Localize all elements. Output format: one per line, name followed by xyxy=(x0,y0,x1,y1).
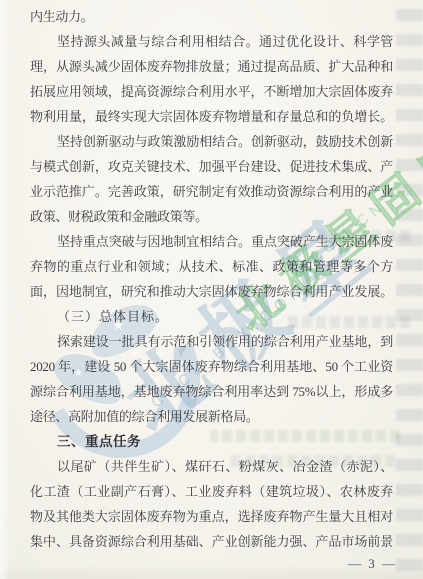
text-line: 坚持创新驱动与政策激励相结合。创新驱动，鼓励技术创新 xyxy=(30,129,393,154)
text-line: 理，从源头减少固体废弃物排放量；通过提高品质、扩大品种和 xyxy=(30,54,393,79)
bleedthrough-right-column xyxy=(396,0,423,579)
section-heading: 三、重点任务 xyxy=(30,429,393,454)
text-line: 内生动力。 xyxy=(30,4,393,29)
text-line: 途径、高附加值的综合利用发展新格局。 xyxy=(30,404,393,429)
document-body: 内生动力。坚持源头减量与综合利用相结合。通过优化设计、科学管理，从源头减少固体废… xyxy=(30,4,393,554)
text-line: 化工渣（工业副产石膏）、工业废弃料（建筑垃圾）、农林废弃 xyxy=(30,479,393,504)
text-line: 弃物的重点行业和领域；从技术、标准、政策和管理等多个方 xyxy=(30,254,393,279)
text-line: 源综合利用基地，基地废弃物综合利用率达到 75%以上，形成多 xyxy=(30,379,393,404)
text-line: 物利用量，最终实现大宗固体废弃物增量和存量总和的负增长。 xyxy=(30,104,393,129)
scanned-document-page: ★ ★ ★ 北极星 CFCL.BJX.COM.CN 北极星固废网 X.COM.C… xyxy=(0,0,423,579)
text-line: 以尾矿（共伴生矿）、煤矸石、粉煤灰、冶金渣（赤泥）、 xyxy=(30,454,393,479)
text-line: 拓展应用领域，提高资源综合利用水平，不断增加大宗固体废弃 xyxy=(30,79,393,104)
text-line: 政策、财税政策和金融政策等。 xyxy=(30,204,393,229)
subsection-heading: （三）总体目标。 xyxy=(30,304,393,329)
text-line: 面，因地制宜，研究和推动大宗固体废弃物综合利用产业发展。 xyxy=(30,279,393,304)
text-line: 探索建设一批具有示范和引领作用的综合利用产业基地，到 xyxy=(30,329,393,354)
text-line: 坚持源头减量与综合利用相结合。通过优化设计、科学管 xyxy=(30,29,393,54)
text-line: 2020 年，建设 50 个大宗固体废弃物综合利用基地、50 个工业资 xyxy=(30,354,393,379)
text-line: 物及其他类大宗固体废弃物为重点，选择废弃物产生量大且相对 xyxy=(30,504,393,529)
text-line: 与模式创新，攻克关键技术、加强平台建设、促进技术集成、产 xyxy=(30,154,393,179)
text-line: 业示范推广。完善政策，研究制定有效推动资源综合利用的产业 xyxy=(30,179,393,204)
text-line: 坚持重点突破与因地制宜相结合。重点突破产生大宗固体废 xyxy=(30,229,393,254)
page-number: — 3 — xyxy=(348,556,397,572)
text-line: 集中、具备资源综合利用基础、产业创新能力强、产品市场前景 xyxy=(30,529,393,554)
